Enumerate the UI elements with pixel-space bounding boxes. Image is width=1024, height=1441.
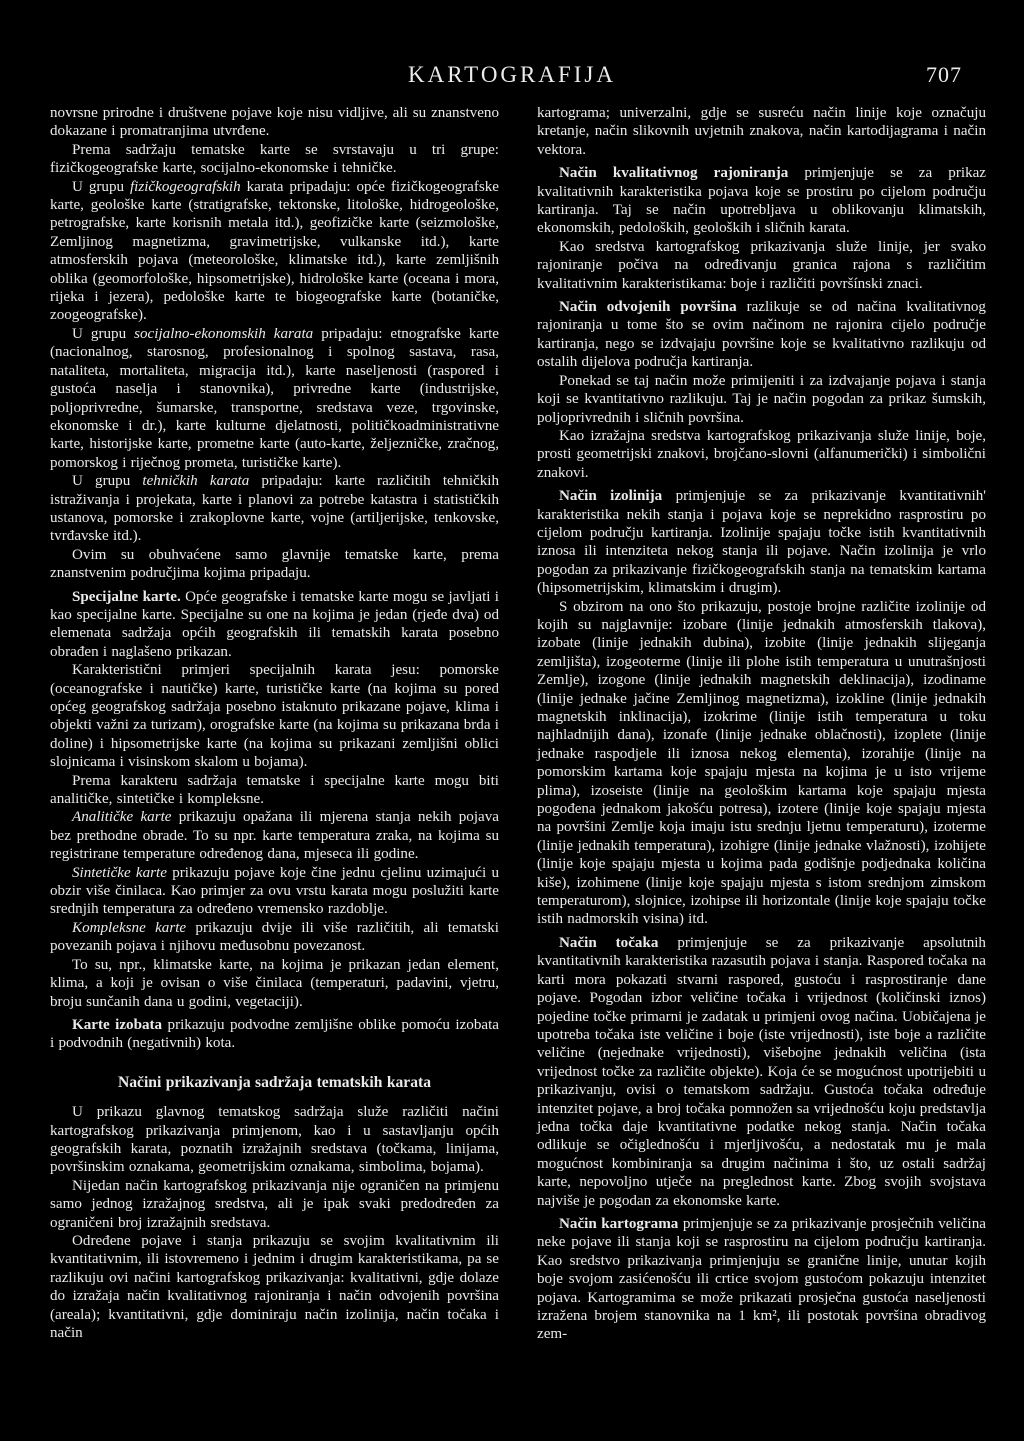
text-segment-normal: U grupu [72, 179, 130, 195]
paragraph: Sintetičke karte prikazuju pojave koje č… [50, 864, 499, 919]
paragraph: Određene pojave i stanja prikazuju se sv… [50, 1232, 499, 1342]
right-column: kartograma; univerzalni, gdje se susreću… [537, 104, 986, 1344]
scanned-book-page: KARTOGRAFIJA 707 novrsne prirodne i druš… [0, 0, 1024, 1441]
text-segment-normal: Određene pojave i stanja prikazuju se sv… [50, 1233, 499, 1341]
text-segment-normal: Prema karakteru sadržaja tematske i spec… [50, 773, 499, 807]
paragraph: Karte izobata prikazuju podvodne zemljiš… [50, 1016, 499, 1053]
paragraph: Prema sadržaju tematske karte se svrstav… [50, 141, 499, 178]
text-segment-bold: Način kartograma [559, 1216, 678, 1232]
text-segment-normal: Karakteristični primjeri specijalnih kar… [50, 662, 499, 770]
paragraph: U grupu socijalno-ekonomskih karata prip… [50, 325, 499, 472]
text-segment-normal: primjenjuje se za prikazivanje prosječni… [537, 1216, 986, 1342]
text-segment-italic: Analitičke karte [72, 809, 171, 825]
paragraph: U grupu fizičkogeografskih karata pripad… [50, 178, 499, 325]
paragraph: Analitičke karte prikazuju opažana ili m… [50, 808, 499, 863]
page-number: 707 [926, 62, 962, 88]
paragraph: To su, npr., klimatske karte, na kojima … [50, 956, 499, 1011]
paragraph: Kao sredstva kartografskog prikazivanja … [537, 238, 986, 293]
paragraph: Način izolinija primjenjuje se za prikaz… [537, 487, 986, 597]
text-segment-bold: Način kvalitativnog rajoniranja [559, 165, 788, 181]
text-segment-normal: primjenjuje se za prikazivanje apsolutni… [537, 935, 986, 1209]
paragraph: Specijalne karte. Opće geografske i tema… [50, 588, 499, 662]
text-columns: novrsne prirodne i društvene pojave koje… [50, 104, 986, 1344]
paragraph: Način kvalitativnog rajoniranja primjenj… [537, 164, 986, 238]
text-segment-bold: Način izolinija [559, 488, 662, 504]
paragraph: kartograma; univerzalni, gdje se susreću… [537, 104, 986, 159]
paragraph: Kompleksne karte prikazuju dvije ili viš… [50, 919, 499, 956]
text-segment-normal: Prema sadržaju tematske karte se svrstav… [50, 142, 499, 176]
text-segment-normal: pripadaju: etnografske karte (nacionalno… [50, 326, 499, 471]
text-segment-normal: U grupu [72, 326, 134, 342]
text-segment-normal: To su, npr., klimatske karte, na kojima … [50, 957, 499, 1010]
text-segment-normal: U prikazu glavnog tematskog sadržaja slu… [50, 1104, 499, 1175]
text-segment-normal: Ponekad se taj način može primijeniti i … [537, 373, 986, 426]
text-segment-bold: Način odvojenih površina [559, 299, 737, 315]
text-segment-bold: Specijalne karte. [72, 589, 181, 605]
paragraph: Način točaka primjenjuje se za prikaziva… [537, 934, 986, 1210]
section-heading: Načini prikazivanja sadržaja tematskih k… [50, 1074, 499, 1092]
paragraph: Nijedan način kartografskog prikazivanja… [50, 1177, 499, 1232]
text-segment-italic: fizičkogeografskih [130, 179, 241, 195]
text-segment-bold: Karte izobata [72, 1017, 162, 1033]
text-segment-bold: Način točaka [559, 935, 658, 951]
text-segment-normal: primjenjuje se za prikazivanje kvantitat… [537, 488, 986, 596]
paragraph: Kao izražajna sredstva kartografskog pri… [537, 427, 986, 482]
paragraph: S obzirom na ono što prikazuju, postoje … [537, 598, 986, 929]
text-segment-italic: tehničkih karata [142, 473, 249, 489]
paragraph: Način odvojenih površina razlikuje se od… [537, 298, 986, 372]
left-column: novrsne prirodne i društvene pojave koje… [50, 104, 499, 1344]
running-header: KARTOGRAFIJA 707 [50, 62, 974, 88]
text-segment-normal: Nijedan način kartografskog prikazivanja… [50, 1178, 499, 1231]
text-segment-normal: U grupu [72, 473, 142, 489]
paragraph: U prikazu glavnog tematskog sadržaja slu… [50, 1103, 499, 1177]
text-segment-normal: Kao sredstva kartografskog prikazivanja … [537, 239, 986, 292]
text-segment-italic: Sintetičke karte [72, 865, 167, 881]
text-segment-normal: Ovim su obuhvaćene samo glavnije tematsk… [50, 547, 499, 581]
text-segment-normal: novrsne prirodne i društvene pojave koje… [50, 105, 499, 139]
paragraph: U grupu tehničkih karata pripadaju: kart… [50, 472, 499, 546]
paragraph: Način kartograma primjenjuje se za prika… [537, 1215, 986, 1344]
paragraph: novrsne prirodne i društvene pojave koje… [50, 104, 499, 141]
text-segment-normal: karata pripadaju: opće fizičkogeografske… [50, 179, 499, 324]
paragraph: Prema karakteru sadržaja tematske i spec… [50, 772, 499, 809]
text-segment-bold: Načini prikazivanja sadržaja tematskih k… [118, 1074, 431, 1091]
paragraph: Karakteristični primjeri specijalnih kar… [50, 661, 499, 771]
page-title: KARTOGRAFIJA [50, 62, 974, 88]
text-segment-normal: kartograma; univerzalni, gdje se susreću… [537, 105, 986, 158]
text-segment-normal: S obzirom na ono što prikazuju, postoje … [537, 599, 986, 928]
paragraph: Ovim su obuhvaćene samo glavnije tematsk… [50, 546, 499, 583]
text-segment-normal: Kao izražajna sredstva kartografskog pri… [537, 428, 986, 481]
text-segment-italic: socijalno-ekonomskih karata [134, 326, 313, 342]
text-segment-italic: Kompleksne karte [72, 920, 186, 936]
paragraph: Ponekad se taj način može primijeniti i … [537, 372, 986, 427]
